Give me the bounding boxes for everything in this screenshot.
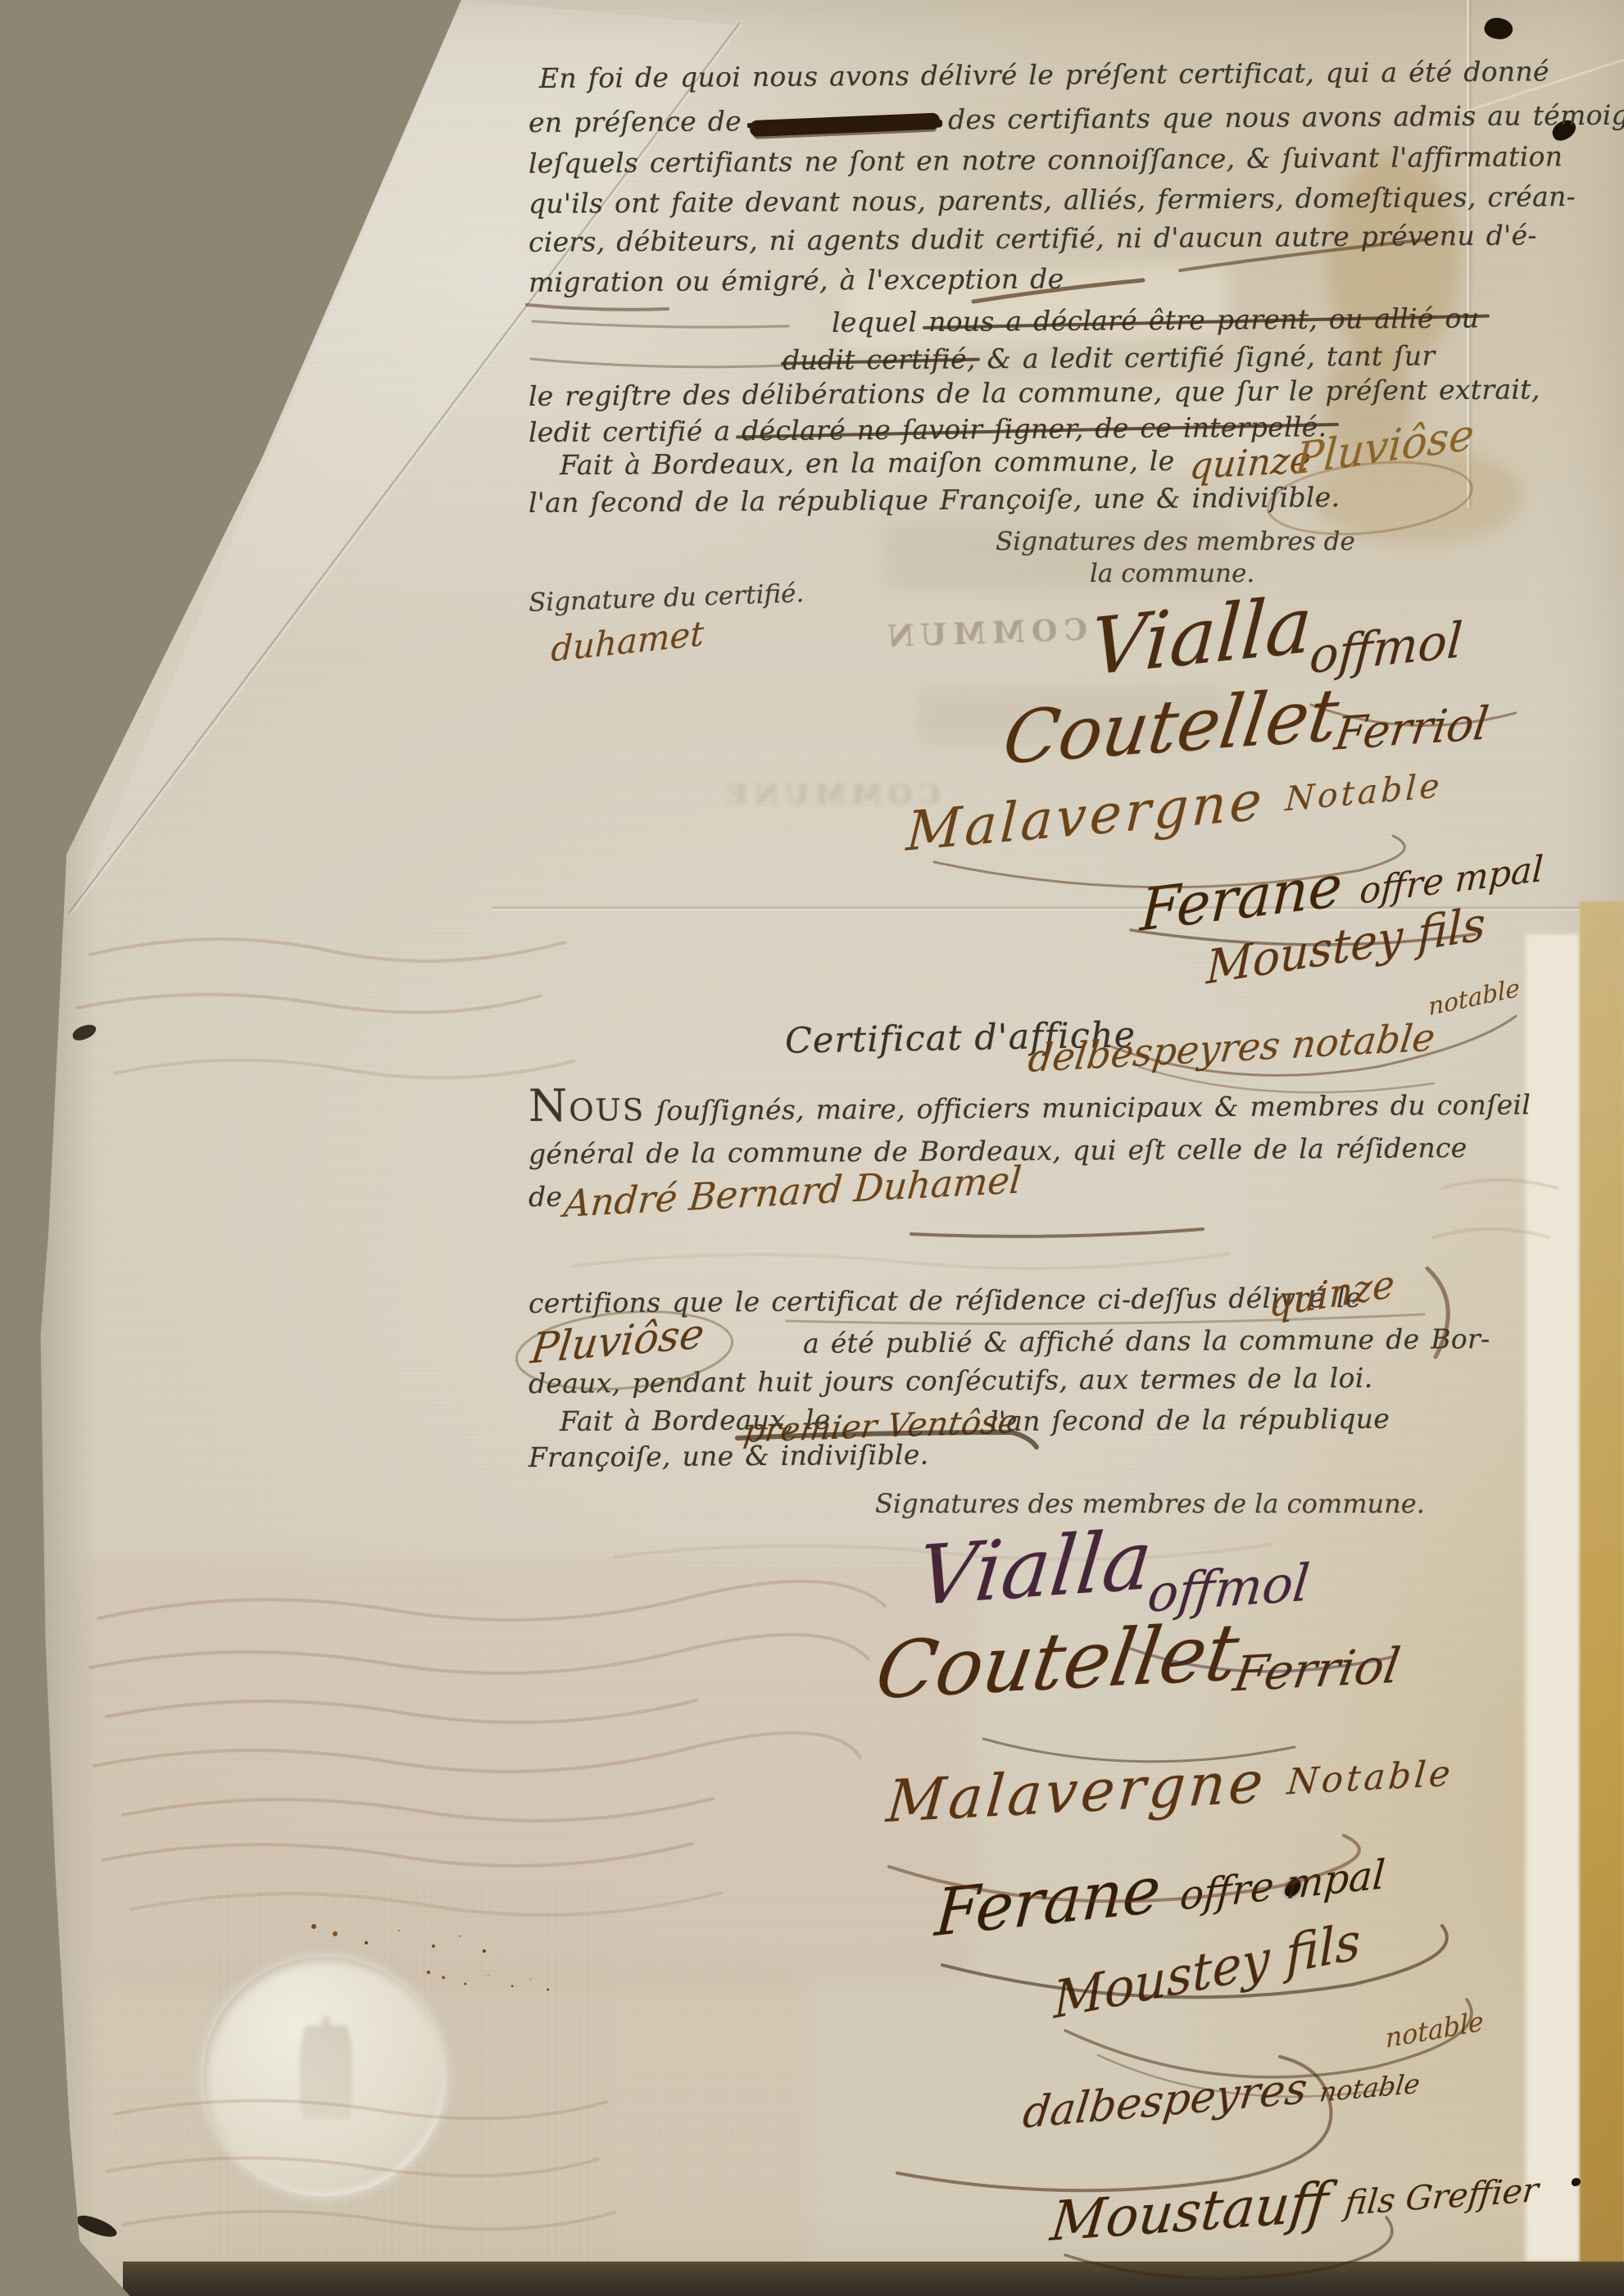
affiche-para1-rest: ſouſſignés, maire, officiers municipaux … (656, 1088, 1531, 1126)
affiche-paragraph-line: Françoiſe, une & indiviſible. (528, 1439, 929, 1474)
attestation-line2-post: des certifiants que nous avons admis au … (948, 98, 1624, 135)
rust-specks (311, 1924, 316, 1929)
small-caps: OUS (569, 1092, 645, 1128)
attestation-line10-pre: ledit certifié a (528, 415, 731, 448)
members-signatures-label: Signatures des membres de (996, 527, 1355, 556)
attestation-line7-pre: lequel (832, 306, 918, 338)
bottom-shadow-strip (123, 2262, 1624, 2296)
attestation-line: migration ou émigré, à l'exception de (528, 262, 1064, 299)
signature-title: Ferriol (1230, 1636, 1404, 1702)
rust-specks (427, 1971, 430, 1974)
struck-text: déclaré ne ſavoir ſigner, de ce interpel… (742, 411, 1327, 447)
attestation-line: lequel nous a déclaré être parent, ou al… (832, 302, 1480, 339)
underlying-page-edge (1526, 934, 1580, 2262)
embossed-seal (203, 1957, 446, 2196)
attestation-line8-post: & a ledit certifié ſigné, tant ſur (987, 339, 1435, 374)
yellowed-edge-band (1580, 901, 1624, 2296)
affiche-paragraph-line: deaux, pendant huit jours conſécutifs, a… (528, 1362, 1373, 1400)
attestation-line: l'an ſecond de la république Françoiſe, … (528, 481, 1340, 520)
struck-text: nous a déclaré être parent, ou allié ou (928, 302, 1479, 338)
attestation-line: dudit certifié, & a ledit certifié ſigné… (783, 339, 1436, 377)
ink-blot-strikeout (750, 112, 941, 137)
attestation-line: Fait à Bordeaux, en la maiſon commune, l… (560, 445, 1175, 482)
signature-name: Vialla (913, 1511, 1156, 1624)
signature-title: fils Greffier (1343, 2170, 1540, 2223)
drop-cap: N (528, 1080, 569, 1132)
seal-figure (300, 2008, 352, 2145)
affiche-paragraph-line: a été publié & affiché dans la commune d… (803, 1323, 1490, 1360)
showthrough-text: COMMUN (880, 613, 1087, 655)
signature-title: notable (1318, 2068, 1422, 2108)
signature-title: Ferriol (1331, 697, 1492, 760)
signature-title: Notable (1286, 1754, 1455, 1804)
members-signatures-label: la commune. (1090, 559, 1254, 588)
signature-title: Notable (1284, 765, 1444, 819)
affiche-paragraph-line: de (528, 1181, 563, 1214)
affiche-paragraph-line: l'an ſecond de la république (990, 1403, 1390, 1438)
document-photo: COMMUN COMMUNE En foi de quoi nous avons… (0, 0, 1624, 2296)
attestation-line: ledit certifié a déclaré ne ſavoir ſigne… (528, 411, 1327, 449)
struck-text: dudit certifié, (783, 343, 976, 377)
affiche-paragraph-line: NOUS ſouſſignés, maire, officiers munici… (528, 1082, 1531, 1128)
attestation-line2-pre: en préſence de (528, 105, 742, 138)
